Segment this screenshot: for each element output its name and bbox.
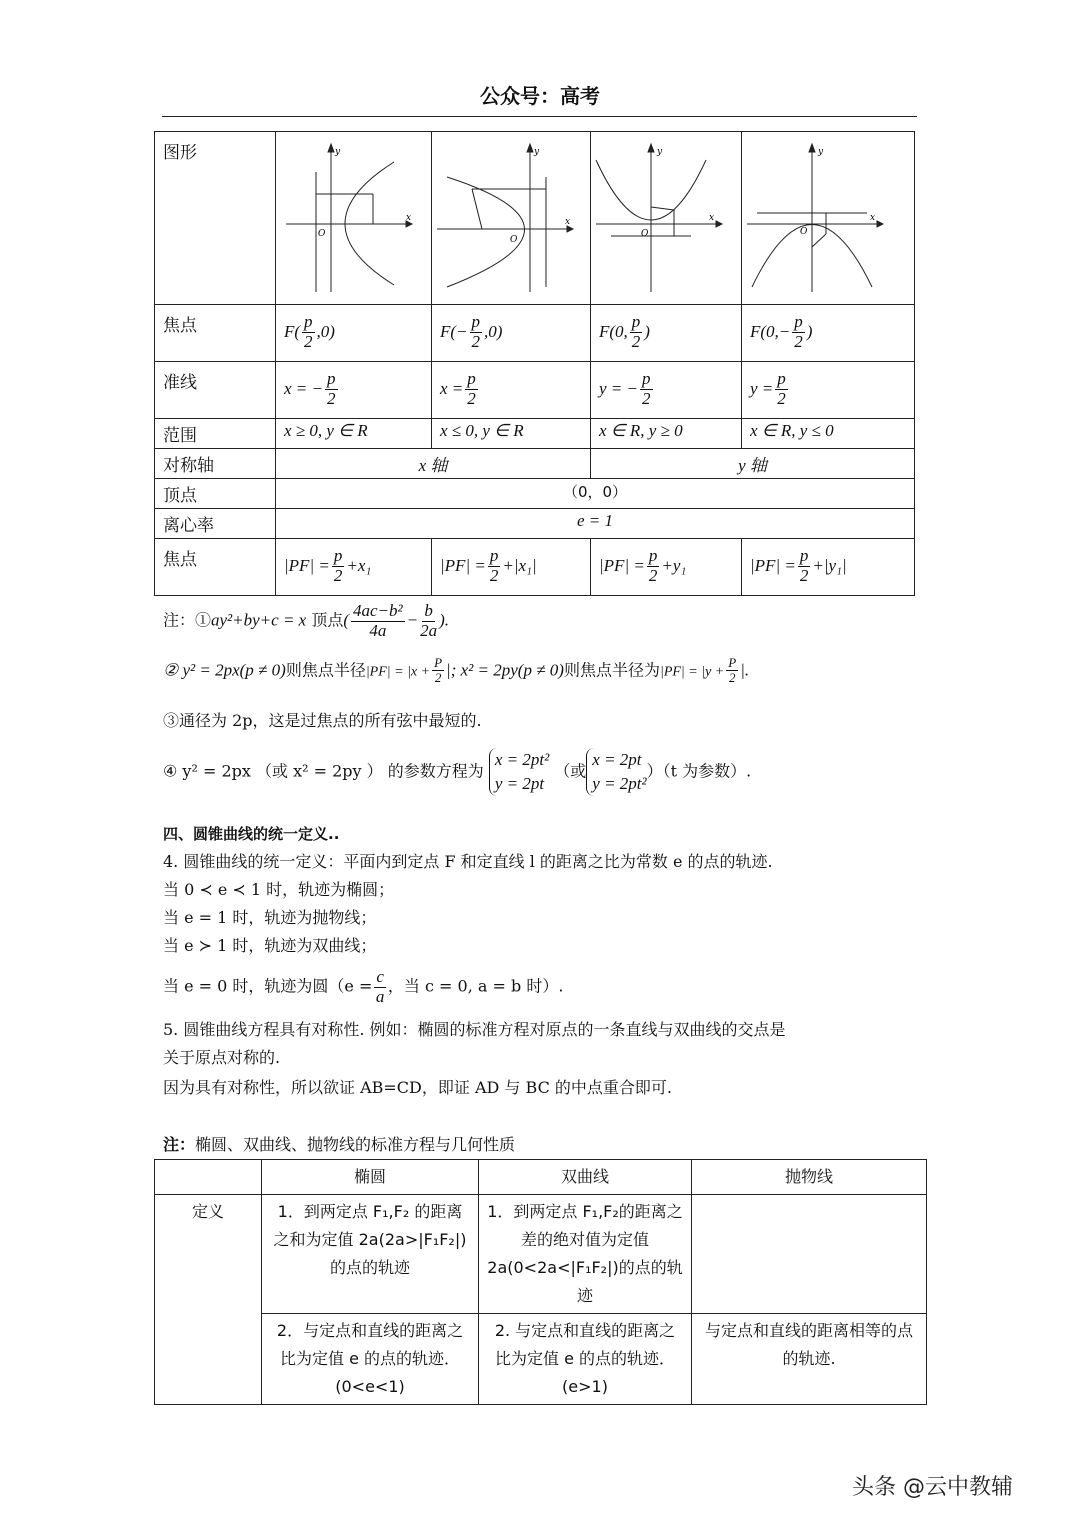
section-4-line: 当 e = 1 时，轨迹为抛物线； (163, 904, 376, 932)
graph-down-opening: yxO (742, 132, 915, 305)
svg-text:y: y (817, 147, 824, 157)
directrix-cell: x = −p2 (276, 362, 432, 419)
parabola-properties-table: 图形 yxO yxO (154, 131, 915, 596)
svg-text:y: y (334, 147, 341, 157)
row-label-focal-radius: 焦点 (155, 539, 276, 596)
table-header: 抛物线 (692, 1160, 927, 1195)
graph-left-opening: yxO (432, 132, 591, 305)
svg-text:O: O (510, 235, 518, 245)
note-2: ② y² = 2px(p ≠ 0)则焦点半径|PF| = |x +P2|; x²… (163, 656, 749, 686)
graph-right-opening: yxO (276, 132, 432, 305)
svg-text:x: x (406, 213, 411, 223)
svg-text:x: x (709, 213, 714, 223)
conic-comparison-table: 椭圆 双曲线 抛物线 定义 1．到两定点 F₁,F₂ 的距离之和为定值 2a(2… (154, 1159, 927, 1405)
note-1: 注：①ay²+by+c = x 顶点(4ac−b²4a−b2a). (163, 602, 449, 640)
section-4-line: 当 e ≻ 1 时，轨迹为双曲线； (163, 932, 376, 960)
paragraph-5-line: 关于原点对称的. (163, 1044, 280, 1072)
watermark: 头条 @云中教辅 (852, 1470, 1013, 1501)
table-header: 椭圆 (262, 1160, 479, 1195)
focus-cell: F(0,−p2) (742, 305, 915, 362)
directrix-cell: x = p2 (432, 362, 591, 419)
row-label-axis: 对称轴 (155, 449, 276, 479)
svg-text:O: O (641, 229, 649, 239)
graph-up-opening: yxO (591, 132, 742, 305)
row-label-vertex: 顶点 (155, 479, 276, 509)
focal-radius-cell: |PF| = p2+x₁ (276, 539, 432, 596)
focus-cell: F(p2,0) (276, 305, 432, 362)
definition-cell: 1．到两定点 F₁,F₂ 的距离之和为定值 2a(2a>|F₁F₂|)的点的轨迹 (262, 1195, 479, 1314)
paragraph-5-line: 因为具有对称性，所以欲证 AB=CD，即证 AD 与 BC 的中点重合即可. (163, 1074, 672, 1102)
section-4-line: 当 0 ≺ e ≺ 1 时，轨迹为椭圆； (163, 876, 394, 904)
svg-text:O: O (800, 227, 808, 237)
focus-cell: F(0,p2) (591, 305, 742, 362)
note-4: ④ y² = 2px （或 x² = 2py ） 的参数方程为 x = 2pt²… (163, 748, 751, 796)
section-4-line: 4. 圆锥曲线的统一定义：平面内到定点 F 和定直线 l 的距离之比为常数 e … (163, 848, 773, 876)
range-cell: x ≥ 0, y ∈ R (276, 419, 432, 449)
row-label-focus: 焦点 (155, 305, 276, 362)
range-cell: x ∈ R, y ≥ 0 (591, 419, 742, 449)
svg-text:x: x (870, 213, 875, 223)
section-4-circle-line: 当 e = 0 时，轨迹为圆（e =ca，当 c = 0, a = b 时）. (163, 968, 563, 1006)
eccentricity-cell: e = 1 (276, 509, 915, 539)
svg-text:O: O (318, 229, 326, 239)
range-cell: x ≤ 0, y ∈ R (432, 419, 591, 449)
focus-cell: F(−p2,0) (432, 305, 591, 362)
row-label-range: 范围 (155, 419, 276, 449)
row-label-eccentricity: 离心率 (155, 509, 276, 539)
table-header: 双曲线 (479, 1160, 692, 1195)
comparison-caption: 注：椭圆、双曲线、抛物线的标准方程与几何性质 (163, 1131, 515, 1159)
row-label-directrix: 准线 (155, 362, 276, 419)
axis-cell: x 轴 (276, 449, 591, 479)
focal-radius-cell: |PF| = p2+|y₁| (742, 539, 915, 596)
definition-cell (692, 1195, 927, 1314)
header-divider (162, 116, 917, 117)
svg-text:x: x (565, 217, 570, 227)
range-cell: x ∈ R, y ≤ 0 (742, 419, 915, 449)
definition-cell: 1．到两定点 F₁,F₂的距离之差的绝对值为定值 2a(0<2a<|F₁F₂|)… (479, 1195, 692, 1314)
section-4-heading: 四、圆锥曲线的统一定义.. (163, 820, 339, 848)
directrix-cell: y = −p2 (591, 362, 742, 419)
definition-cell: 2. 与定点和直线的距离之比为定值 e 的点的轨迹．(e>1) (479, 1314, 692, 1405)
page-header-title: 公众号：高考 (0, 80, 1080, 109)
row-label-definition: 定义 (155, 1195, 262, 1405)
definition-cell: 与定点和直线的距离相等的点的轨迹. (692, 1314, 927, 1405)
row-label-graph: 图形 (155, 132, 276, 305)
svg-text:y: y (533, 147, 540, 157)
svg-text:y: y (656, 147, 663, 157)
definition-cell: 2．与定点和直线的距离之比为定值 e 的点的轨迹．(0<e<1) (262, 1314, 479, 1405)
focal-radius-cell: |PF| = p2+|x₁| (432, 539, 591, 596)
vertex-cell: （0，0） (276, 479, 915, 509)
paragraph-5-line: 5. 圆锥曲线方程具有对称性. 例如：椭圆的标准方程对原点的一条直线与双曲线的交… (163, 1016, 786, 1044)
note-3: ③通径为 2p，这是过焦点的所有弦中最短的. (163, 708, 482, 731)
table-header (155, 1160, 262, 1195)
directrix-cell: y = p2 (742, 362, 915, 419)
focal-radius-cell: |PF| = p2+y₁ (591, 539, 742, 596)
axis-cell: y 轴 (591, 449, 915, 479)
